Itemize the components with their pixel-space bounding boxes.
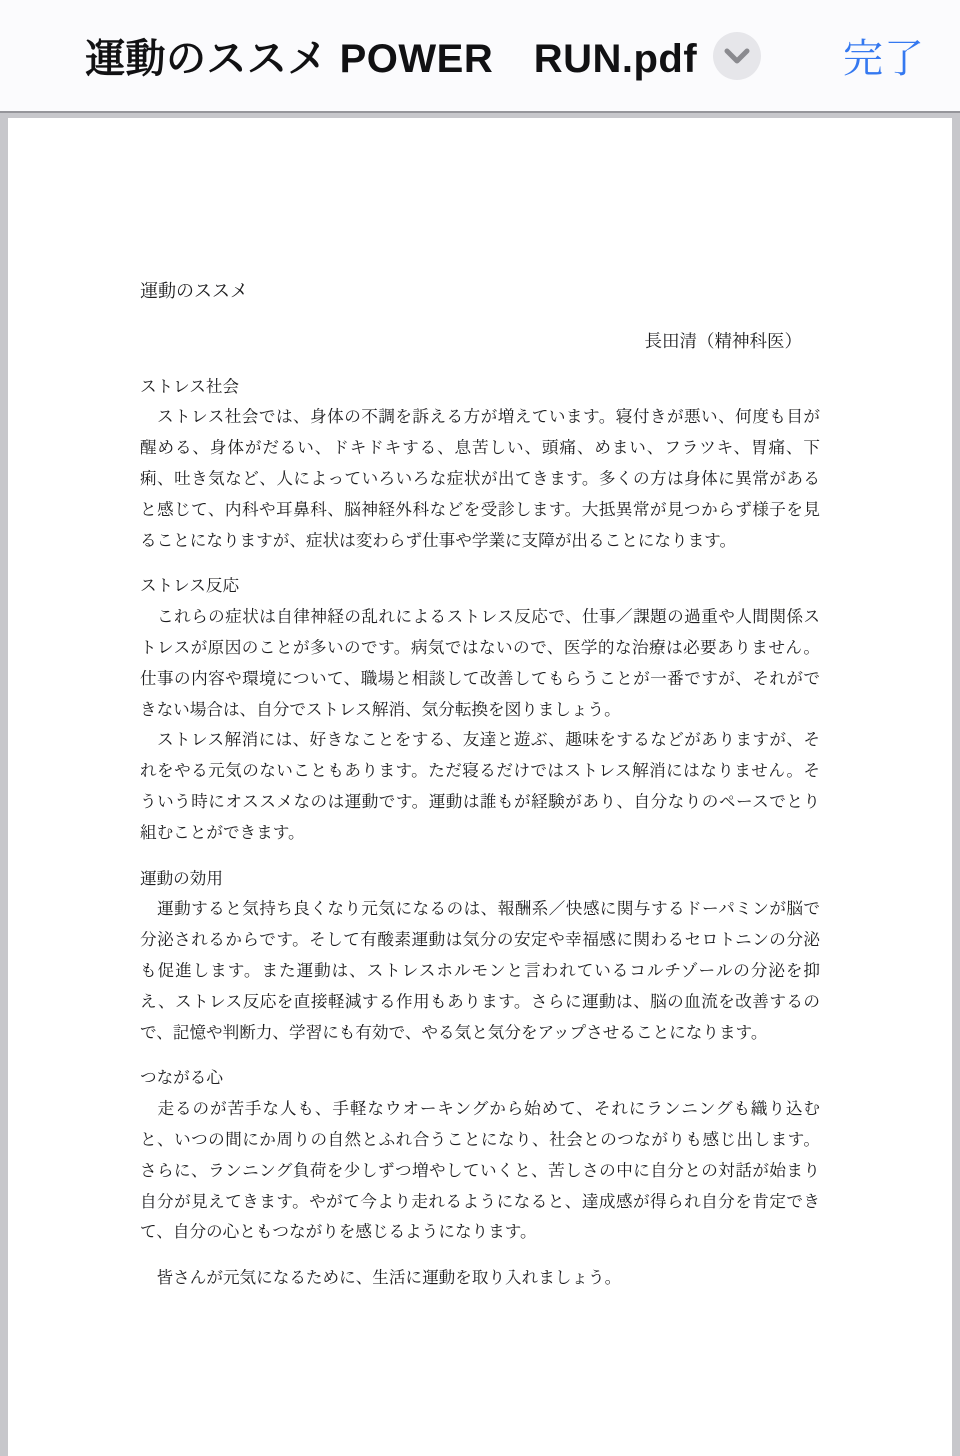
document-section: 運動の効用 運動すると気持ち良くなり元気になるのは、報酬系／快感に関与するドーパ… (140, 864, 820, 1049)
closing-line: 皆さんが元気になるために、生活に運動を取り入れましょう。 (140, 1263, 820, 1294)
body-line: 分泌されるからです。そして有酸素運動は気分の安定や幸福感に関わるセロトニンの分泌 (140, 925, 820, 956)
body-line: これらの症状は自律神経の乱れによるストレス反応で、仕事／課題の過重や人間関係ス (140, 602, 820, 633)
body-line: て、自分の心ともつながりを感じるようになります。 (140, 1217, 820, 1248)
body-line: きない場合は、自分でストレス解消、気分転換を図りましょう。 (140, 695, 820, 726)
body-line: 組むことができます。 (140, 818, 820, 849)
body-line: 走るのが苦手な人も、手軽なウオーキングから始めて、それにランニングも織り込む (140, 1094, 820, 1125)
body-line: 醒める、身体がだるい、ドキドキする、息苦しい、頭痛、めまい、フラツキ、胃痛、下 (140, 433, 820, 464)
section-heading: ストレス社会 (140, 372, 820, 403)
body-line: 自分が見えてきます。やがて今より走れるようになると、達成感が得られ自分を肯定でき (140, 1187, 820, 1218)
section-heading: つながる心 (140, 1063, 820, 1094)
document-filename: 運動のススメ POWER RUN.pdf (85, 27, 697, 84)
document-section: ストレス社会 ストレス社会では、身体の不調を訴える方が増えています。寝付きが悪い… (140, 372, 820, 557)
body-line: ストレス解消には、好きなことをする、友達と遊ぶ、趣味をするなどがありますが、そ (140, 725, 820, 756)
body-line: ることになりますが、症状は変わらず仕事や学業に支障が出ることになります。 (140, 526, 820, 557)
pdf-scroll-area[interactable]: 運動のススメ 長田清（精神科医） ストレス社会 ストレス社会では、身体の不調を訴… (0, 113, 960, 1456)
file-options-button[interactable] (713, 32, 761, 80)
body-line: 痢、吐き気など、人によっていろいろな症状が出てきます。多くの方は身体に異常がある (140, 464, 820, 495)
done-button[interactable]: 完了 (843, 27, 925, 84)
document-author: 長田清（精神科医） (140, 326, 820, 357)
document-section: ストレス反応 これらの症状は自律神経の乱れによるストレス反応で、仕事／課題の過重… (140, 571, 820, 848)
body-line: 仕事の内容や環境について、職場と相談して改善してもらうことが一番ですが、それがで (140, 664, 820, 695)
body-line: ういう時にオススメなのは運動です。運動は誰もが経験があり、自分なりのペースでとり (140, 787, 820, 818)
body-line: で、記憶や判断力、学習にも有効で、やる気と気分をアップさせることになります。 (140, 1018, 820, 1049)
section-heading: 運動の効用 (140, 864, 820, 895)
body-line: れをやる元気のないこともあります。ただ寝るだけではストレス解消にはなりません。そ (140, 756, 820, 787)
body-line: と、いつの間にか周りの自然とふれ合うことになり、社会とのつながりも感じ出します。 (140, 1125, 820, 1156)
chevron-down-icon (724, 48, 750, 64)
body-line: さらに、ランニング負荷を少しずつ増やしていくと、苦しさの中に自分との対話が始まり (140, 1156, 820, 1187)
document-section: つながる心 走るのが苦手な人も、手軽なウオーキングから始めて、それにランニングも… (140, 1063, 820, 1248)
body-line: トレスが原因のことが多いのです。病気ではないので、医学的な治療は必要ありません。 (140, 633, 820, 664)
body-line: 運動すると気持ち良くなり元気になるのは、報酬系／快感に関与するドーパミンが脳で (140, 894, 820, 925)
title-bar: 運動のススメ POWER RUN.pdf 完了 (0, 0, 960, 113)
document-sections: ストレス社会 ストレス社会では、身体の不調を訴える方が増えています。寝付きが悪い… (140, 372, 820, 1249)
section-heading: ストレス反応 (140, 571, 820, 602)
body-line: と感じて、内科や耳鼻科、脳神経外科などを受診します。大抵異常が見つからず様子を見 (140, 495, 820, 526)
body-line: も促進します。また運動は、ストレスホルモンと言われているコルチゾールの分泌を抑 (140, 956, 820, 987)
document-title: 運動のススメ (140, 276, 820, 307)
body-line: ストレス社会では、身体の不調を訴える方が増えています。寝付きが悪い、何度も目が (140, 402, 820, 433)
body-line: え、ストレス反応を直接軽減する作用もあります。さらに運動は、脳の血流を改善するの (140, 987, 820, 1018)
pdf-page: 運動のススメ 長田清（精神科医） ストレス社会 ストレス社会では、身体の不調を訴… (8, 118, 952, 1456)
